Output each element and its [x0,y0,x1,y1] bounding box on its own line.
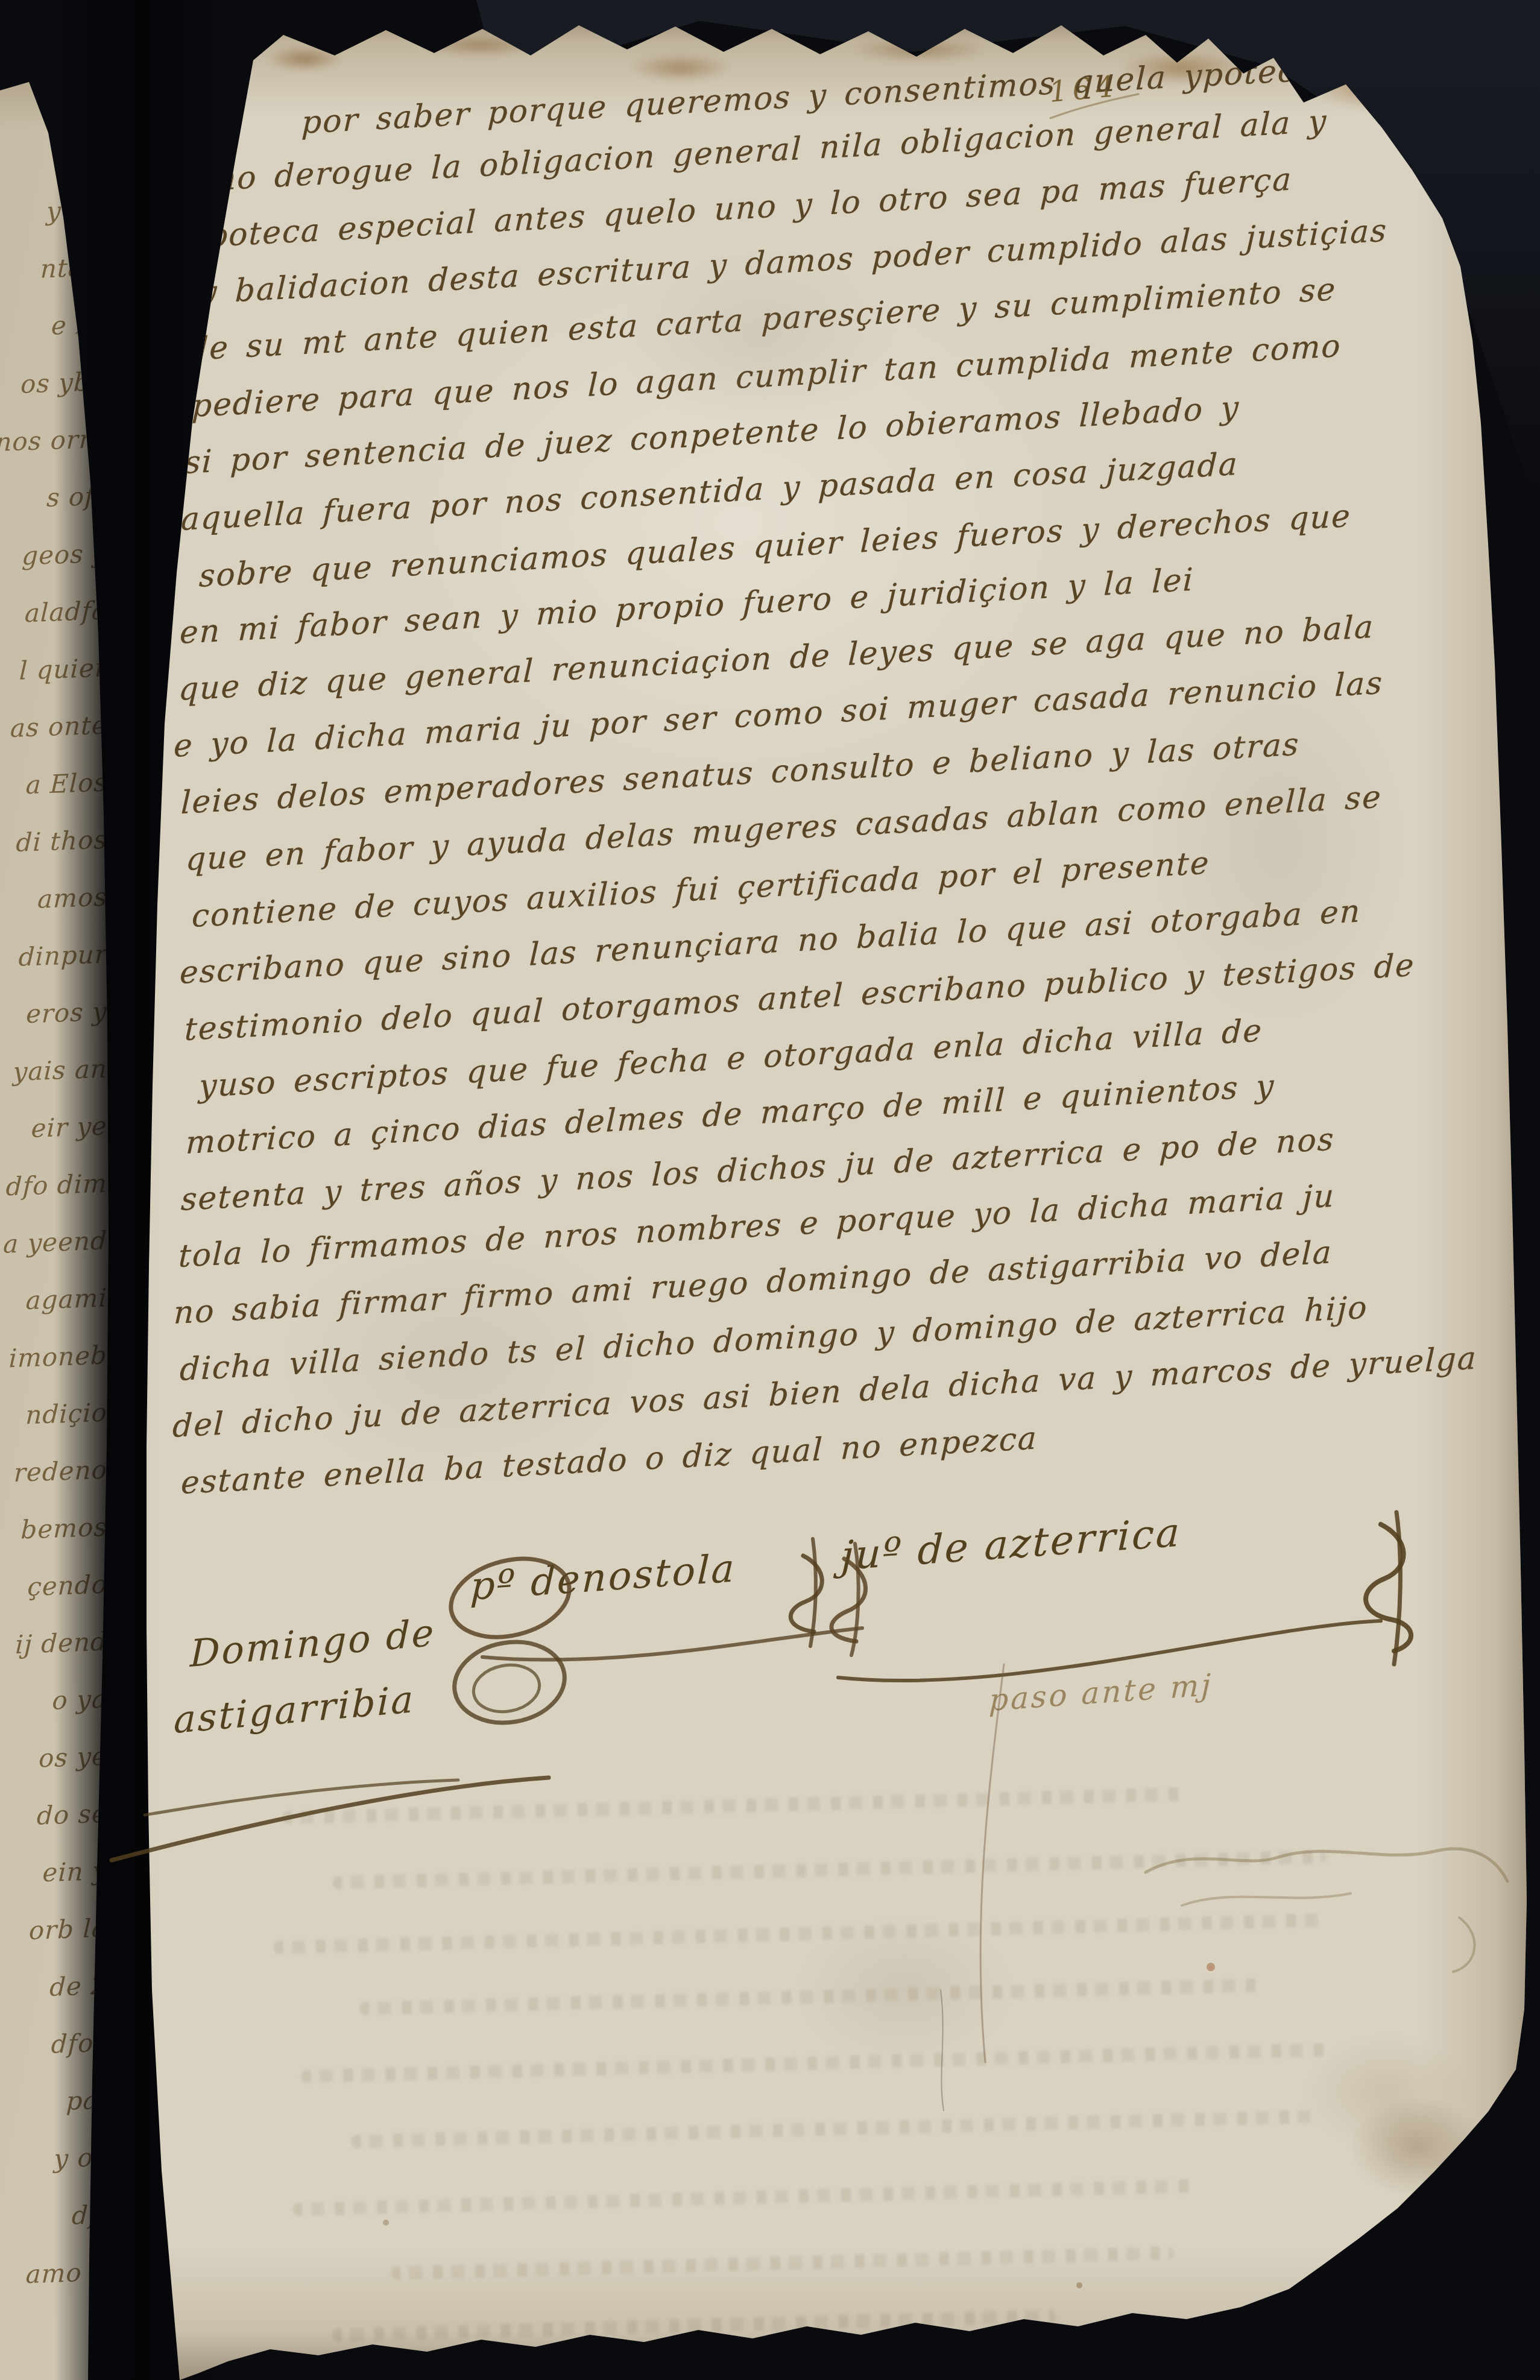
manuscript-text-line: no sabia firmar firmo ami ruego domingo … [173,1237,1333,1329]
manuscript-text-line: yuso escriptos que fue fecha e otorgada … [198,1015,1263,1102]
manuscript-text-line: no derogue la obligacion general nila ob… [215,106,1328,195]
bleed-line [359,1978,1264,2015]
manuscript-text-line: y balidacion desta escritura y damos pod… [198,215,1388,309]
bleed-line [391,2246,1175,2280]
bleed-line [274,1913,1329,1954]
manuscript-text-line: que diz que general renunciaçion de leye… [178,611,1375,705]
manuscript-text-line: sobre que renunciamos quales quier leies… [198,500,1352,592]
bleed-line [332,2309,1055,2341]
manuscript-text-line: en mi fabor sean y mio propio fuero e ju… [179,564,1194,649]
manuscript-text-line: si por sentencia de juez conpetente lo o… [184,392,1240,479]
manuscript-text-line: escribano que sino las renunçiara no bal… [179,895,1362,989]
manuscript-text-line: testimonio delo qual otorgamos antel esc… [184,950,1415,1046]
manuscript-text-line: del dicho ju de azterrica vos asi bien d… [172,1343,1478,1443]
signature-nostola: pº denostola [470,1549,737,1606]
faded-note-paso-ante: paso ante mj [989,1670,1214,1716]
signature-domingo-line2: astigarribia [173,1681,415,1739]
bleed-line [301,2043,1326,2083]
manuscript-text-line: aquella fuera por nos consentida y pasad… [180,449,1239,535]
manuscript-text-line: setenta y tres años y nos los dichos ju … [180,1124,1335,1216]
manuscript-page: 164 por saber porque queremos y consenti… [0,0,1540,2380]
bleed-line [282,1787,1187,1824]
ink-bleed-through [246,1782,1406,2378]
folio-number: 164 [1048,69,1120,109]
manuscript-text-line: contiene de cuyos auxilios fui çertifica… [191,847,1210,932]
signature-domingo-line1: Domingo de [189,1614,435,1673]
bleed-line [351,2110,1316,2148]
signature-azterrica: juº de azterrica [841,1512,1182,1576]
manuscript-photo: y vis nta y e xn os ybu nos orre s ofr g… [0,0,1540,2380]
manuscript-text-line: estante enella ba testado o diz qual no … [180,1422,1038,1499]
manuscript-text-line: motrico a çinco dias delmes de março de … [185,1070,1275,1159]
manuscript-text-line: de su mt ante quien esta carta paresçier… [188,274,1337,365]
bleed-line [292,2179,1197,2216]
manuscript-text-line: leies delos emperadores senatus consulto… [180,729,1300,819]
manuscript-text-line: que en fabor y ayuda delas mugeres casad… [185,781,1383,876]
manuscript-text-line: e yo la dicha maria ju por ser como soi … [173,668,1384,762]
manuscript-text-line: tola lo firmamos de nros nombres e porqu… [178,1180,1336,1272]
manuscript-text-line: poteca especial antes quelo uno y lo otr… [207,164,1293,252]
manuscript-text-line: pediere para que nos lo agan cumplir tan… [191,330,1342,422]
bleed-line [332,1850,1327,1889]
manuscript-text-line: dicha villa siendo ts el dicho domingo y… [179,1292,1369,1386]
